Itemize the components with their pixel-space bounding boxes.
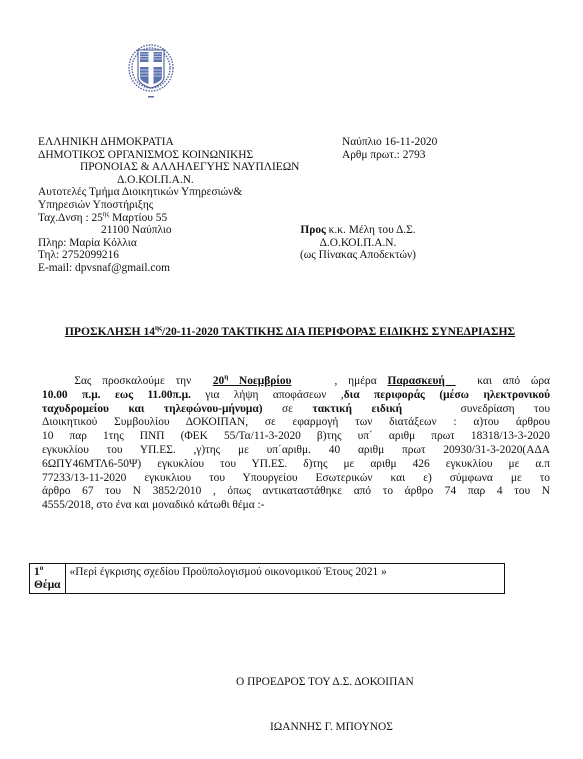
contact-person: Πληρ: Μαρία Κόλλια xyxy=(38,237,299,250)
department-name-cont: Υπηρεσιών Υποστήριξης xyxy=(38,199,299,212)
body-line: ταχυδρομείου και τηλεφώνου-μήνυμα) σε τα… xyxy=(42,403,550,417)
meeting-day: Παρασκευή xyxy=(387,375,455,387)
agenda-table: 1οΘέμα «Περί έγκρισης σχεδίου Προϋπολογι… xyxy=(29,563,505,594)
body-line: άρθρο 67 του Ν 3852/2010 , όπως αντικατα… xyxy=(42,485,550,499)
email-address: E-mail: dpvsnaf@gmail.com xyxy=(38,262,299,275)
postal-address: Ταχ.Δνση : 25ης Μαρτίου 55 xyxy=(38,212,299,225)
meeting-date: 20η Νοεμβρίου xyxy=(213,375,292,387)
signatory-role: Ο ΠΡΟΕΔΡΟΣ ΤΟΥ Δ.Σ. ΔΟΚΟΙΠΑΝ xyxy=(236,676,414,689)
agenda-item-number: 1οΘέμα xyxy=(30,564,66,594)
greek-coat-of-arms-icon xyxy=(126,41,176,99)
body-line: 10 παρ 1της ΠΝΠ (ΦΕΚ 55/Τα/11-3-2020 β)τ… xyxy=(42,430,550,444)
table-row: 1οΘέμα «Περί έγκρισης σχεδίου Προϋπολογι… xyxy=(30,564,505,594)
sender-block: ΕΛΛΗΝΙΚΗ ΔΗΜΟΚΡΑΤΙΑ ΔΗΜΟΤΙΚΟΣ ΟΡΓΑΝΙΣΜΟΣ… xyxy=(38,136,299,275)
body-line: εγκυκλίου του ΥΠ.ΕΣ. ,γ)της με υπ΄αριθμ.… xyxy=(42,444,550,458)
invitation-title: ΠΡΟΣΚΛΗΣΗ 14ης/20-11-2020 ΤΑΚΤΙΚΗΣ ΔΙΑ Π… xyxy=(40,326,540,339)
recipients-line: Προς κ.κ. Μέλη του Δ.Σ. xyxy=(300,224,416,237)
place-date: Ναύπλιο 16-11-2020 xyxy=(342,136,437,149)
department-name: Αυτοτελές Τμήμα Διοικητικών Υπηρεσιών& xyxy=(38,186,299,199)
invitation-body: Σας προσκαλούμε την 20η Νοεμβρίου , ημέρ… xyxy=(42,375,550,513)
meeting-time: 10.00 π.μ. εως 11.00π.μ. xyxy=(42,389,191,401)
body-line: 4555/2018, στο ένα και μοναδικό κάτωθι θ… xyxy=(42,499,550,513)
body-line: 10.00 π.μ. εως 11.00π.μ. για λήψη αποφάσ… xyxy=(42,389,550,403)
body-line: 77233/13-11-2020 εγκυκλιου του Υπουργείο… xyxy=(42,472,550,486)
body-line: Διοικητικού Συμβουλίου ΔΟΚΟΙΠΑΝ, σε εφαρ… xyxy=(42,416,550,430)
signatory-name: ΙΩΑΝΝΗΣ Γ. ΜΠΟΥΝΟΣ xyxy=(270,721,393,734)
phone-number: Τηλ: 2752099216 xyxy=(38,249,299,262)
organization-name-cont: ΠΡΟΝΟΙΑΣ & ΑΛΛΗΛΕΓΥΗΣ ΝΑΥΠΛΙΕΩΝ xyxy=(38,161,299,174)
recipients-org: Δ.Ο.ΚΟΙ.Π.Α.Ν. xyxy=(300,237,416,250)
agenda-item-subject: «Περί έγκρισης σχεδίου Προϋπολογισμού οι… xyxy=(65,564,504,594)
postcode-city: 21100 Ναύπλιο xyxy=(38,224,299,237)
country-name: ΕΛΛΗΝΙΚΗ ΔΗΜΟΚΡΑΤΙΑ xyxy=(38,136,299,149)
organization-acronym: Δ.Ο.ΚΟΙ.Π.Α.Ν. xyxy=(38,174,299,187)
reference-block: Ναύπλιο 16-11-2020 Αρθμ πρωτ.: 2793 xyxy=(342,136,437,161)
organization-name: ΔΗΜΟΤΙΚΟΣ ΟΡΓΑΝΙΣΜΟΣ ΚΟΙΝΩΝΙΚΗΣ xyxy=(38,149,299,162)
body-line: 6ΩΠΥ46ΜΤΛ6-50Ψ) εγκυκλίου του ΥΠ.ΕΣ. δ)τ… xyxy=(42,458,550,472)
body-line: Σας προσκαλούμε την 20η Νοεμβρίου , ημέρ… xyxy=(42,375,550,389)
recipients-block: Προς κ.κ. Μέλη του Δ.Σ. Δ.Ο.ΚΟΙ.Π.Α.Ν. (… xyxy=(300,224,416,262)
protocol-number: Αρθμ πρωτ.: 2793 xyxy=(342,149,437,162)
recipients-note: (ως Πίνακας Αποδεκτών) xyxy=(300,249,416,262)
